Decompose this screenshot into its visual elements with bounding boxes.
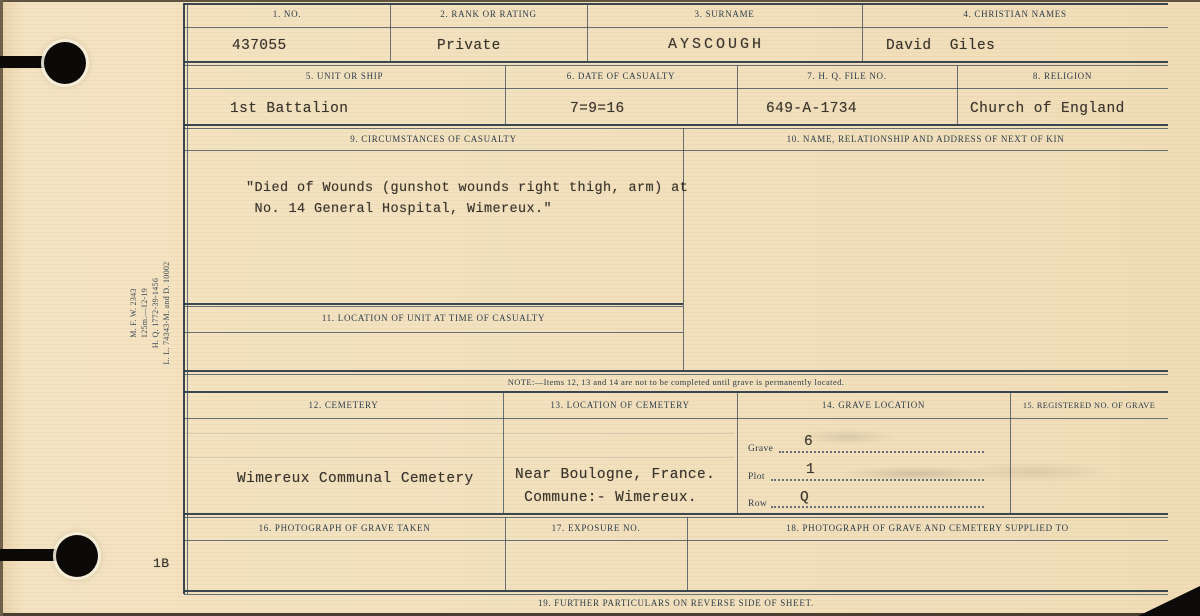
plot-row-label: Plot xyxy=(748,472,765,482)
field-label-religion: 8. RELIGION xyxy=(957,71,1168,81)
value-surname: AYSCOUGH xyxy=(668,34,764,55)
field-label-next-of-kin: 10. NAME, RELATIONSHIP AND ADDRESS OF NE… xyxy=(683,134,1168,144)
rule xyxy=(184,124,1168,126)
rule xyxy=(184,61,1168,63)
field-label-exposure-no: 17. EXPOSURE NO. xyxy=(505,523,687,533)
page-corner-shadow xyxy=(1138,586,1200,616)
field-label-unit: 5. UNIT OR SHIP xyxy=(184,71,505,81)
field-label-christian-names: 4. CHRISTIAN NAMES xyxy=(862,9,1168,19)
rule xyxy=(184,306,683,307)
field-label-unit-location: 11. LOCATION OF UNIT AT TIME OF CASUALTY xyxy=(184,313,683,323)
value-unit: 1st Battalion xyxy=(230,99,348,120)
rule xyxy=(184,374,1168,375)
rule xyxy=(184,391,1168,393)
binder-slot-bottom xyxy=(0,549,62,561)
field-label-photo-taken: 16. PHOTOGRAPH OF GRAVE TAKEN xyxy=(184,523,505,533)
rule xyxy=(184,65,1168,66)
row-row-label: Row xyxy=(748,499,767,509)
row-row-value: Q xyxy=(800,488,809,509)
rule xyxy=(184,332,683,333)
rule xyxy=(184,513,1168,515)
scan-edge-left xyxy=(0,0,3,616)
value-hq-file-no: 649-A-1734 xyxy=(766,99,857,120)
rule xyxy=(184,370,1168,372)
casualty-record-card: M. F. W. 2343 125m.—12-19 H. Q. 1772-39-… xyxy=(0,0,1200,616)
printers-imprint: M. F. W. 2343 125m.—12-19 H. Q. 1772-39-… xyxy=(128,238,176,388)
scan-edge-top xyxy=(0,0,1200,2)
field-label-circumstances: 9. CIRCUMSTANCES OF CASUALTY xyxy=(184,134,683,144)
value-circumstances: "Died of Wounds (gunshot wounds right th… xyxy=(246,178,688,220)
value-religion: Church of England xyxy=(970,99,1125,120)
rule xyxy=(184,3,1168,5)
field-label-registered-no: 15. REGISTERED NO. OF GRAVE xyxy=(1010,401,1168,410)
rule xyxy=(184,433,734,434)
rule xyxy=(184,590,1168,592)
value-cemetery: Wimereux Communal Cemetery xyxy=(237,469,474,490)
rule xyxy=(187,3,188,594)
field-label-further-particulars: 19. FURTHER PARTICULARS ON REVERSE SIDE … xyxy=(184,598,1168,608)
rule xyxy=(184,303,683,305)
value-rank: Private xyxy=(437,36,501,57)
smudge-mark xyxy=(960,462,1110,482)
value-cemetery-location: Near Boulogne, France. Commune:- Wimereu… xyxy=(515,464,715,510)
field-label-hq-file-no: 7. H. Q. FILE NO. xyxy=(737,71,957,81)
field-label-cemetery: 12. CEMETERY xyxy=(184,400,503,410)
smudge-mark xyxy=(798,429,898,445)
field-label-rank: 2. RANK OR RATING xyxy=(390,9,587,19)
rule xyxy=(683,128,684,370)
value-christian-names: David Giles xyxy=(886,36,995,57)
rule xyxy=(184,88,1168,89)
grave-row-label: Grave xyxy=(748,444,773,454)
field-label-date-of-casualty: 6. DATE OF CASUALTY xyxy=(505,71,737,81)
rule xyxy=(184,594,1168,595)
value-date-of-casualty: 7=9=16 xyxy=(570,99,625,120)
rule xyxy=(184,517,1168,518)
plot-row-value: 1 xyxy=(806,460,815,481)
rule xyxy=(184,540,1168,541)
rule xyxy=(183,3,185,594)
rule xyxy=(184,128,1168,129)
rule xyxy=(184,418,1168,419)
field-label-photo-supplied: 18. PHOTOGRAPH OF GRAVE AND CEMETERY SUP… xyxy=(687,523,1168,533)
field-label-grave-location: 14. GRAVE LOCATION xyxy=(737,400,1010,410)
hole-punch-bottom xyxy=(56,535,98,577)
rule xyxy=(184,457,734,458)
field-label-surname: 3. SURNAME xyxy=(587,9,862,19)
note-items-12-13-14: NOTE:—Items 12, 13 and 14 are not to be … xyxy=(184,377,1168,387)
field-label-cemetery-location: 13. LOCATION OF CEMETERY xyxy=(503,400,737,410)
value-service-number: 437055 xyxy=(232,36,287,57)
rule xyxy=(184,150,1168,151)
hole-punch-top xyxy=(44,42,86,84)
rule xyxy=(184,27,1168,28)
field-label-no: 1. NO. xyxy=(184,9,390,19)
sheet-mark: 1B xyxy=(153,553,169,574)
